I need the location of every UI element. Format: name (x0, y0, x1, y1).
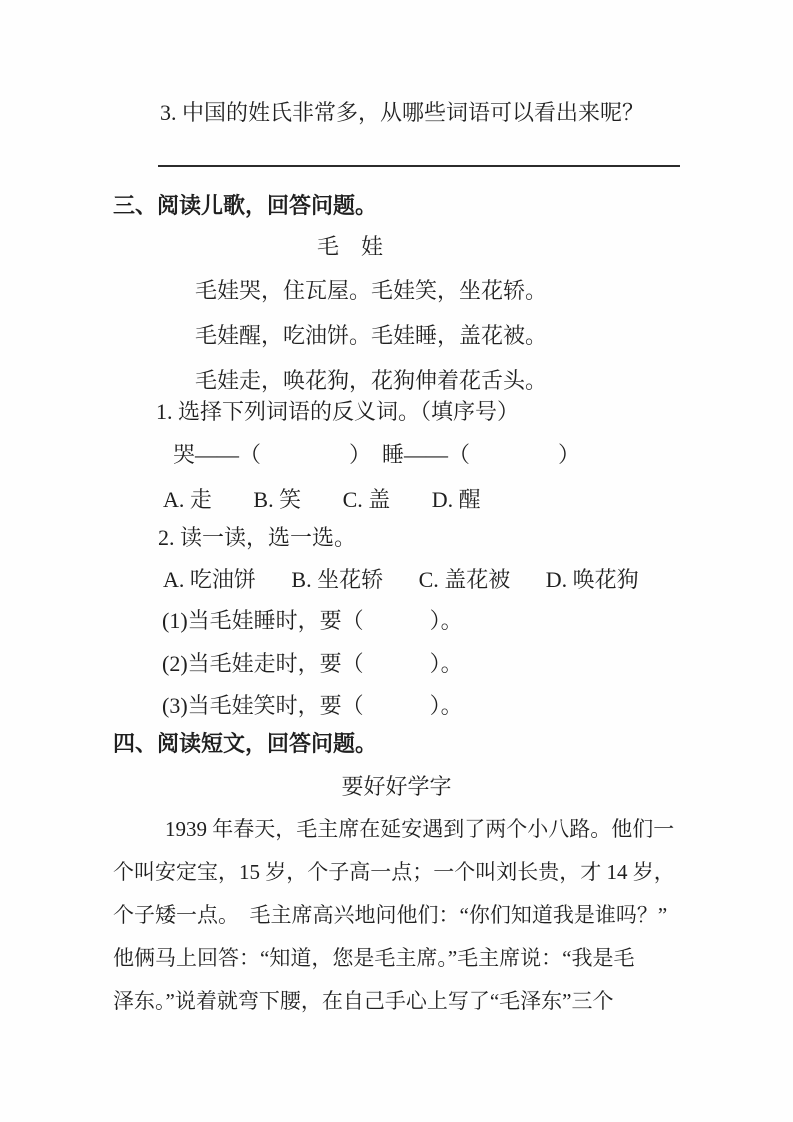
antonym-options-row: A. 走 B. 笑 C. 盖 D. 醒 (163, 487, 680, 512)
poem-line: 毛娃哭，住瓦屋。毛娃笑，坐花轿。 (195, 278, 680, 303)
option-c: C. 盖花被 (419, 567, 511, 592)
question-2-prompt: 2. 读一读，选一选。 (158, 525, 680, 550)
passage-line: 个叫安定宝，15 岁，个子高一点；一个叫刘长贵，才 14 岁， (113, 860, 680, 885)
section-three-heading: 三、阅读儿歌，回答问题。 (113, 193, 680, 218)
option-a: A. 走 (163, 487, 212, 512)
question-1-prompt: 1. 选择下列词语的反义词。（填序号） (156, 399, 680, 424)
option-c: C. 盖 (343, 487, 391, 512)
passage-line: 个子矮一点。 毛主席高兴地问他们：“你们知道我是谁吗？” (113, 903, 680, 928)
passage-line: 泽东。”说着就弯下腰，在自己手心上写了“毛泽东”三个 (113, 989, 680, 1014)
passage-line: 他俩马上回答：“知道，您是毛主席。”毛主席说：“我是毛 (113, 946, 680, 971)
passage-title: 要好好学字 (113, 774, 680, 799)
question-3: 3. 中国的姓氏非常多，从哪些词语可以看出来呢？ (160, 100, 680, 125)
sub-item: (2)当毛娃走时，要（ ）。 (162, 651, 680, 676)
worksheet-page: 3. 中国的姓氏非常多，从哪些词语可以看出来呢？ 三、阅读儿歌，回答问题。 毛 … (0, 0, 793, 1122)
option-a: A. 吃油饼 (163, 567, 256, 592)
option-b: B. 笑 (253, 487, 301, 512)
poem-title: 毛 娃 (317, 234, 680, 259)
option-d: D. 唤花狗 (546, 567, 639, 592)
option-d: D. 醒 (432, 487, 481, 512)
poem-line: 毛娃走，唤花狗，花狗伸着花舌头。 (195, 368, 680, 393)
choice-options-row: A. 吃油饼 B. 坐花轿 C. 盖花被 D. 唤花狗 (163, 567, 680, 592)
section-four-heading: 四、阅读短文，回答问题。 (113, 731, 680, 756)
sub-item: (1)当毛娃睡时，要（ ）。 (162, 608, 680, 633)
answer-blank-line (158, 165, 680, 167)
passage-line: 1939 年春天，毛主席在延安遇到了两个小八路。他们一 (165, 817, 680, 842)
sub-item: (3)当毛娃笑时，要（ ）。 (162, 693, 680, 718)
antonym-fill-line: 哭——（ ） 睡——（ ） (173, 442, 680, 467)
poem-line: 毛娃醒，吃油饼。毛娃睡，盖花被。 (195, 323, 680, 348)
option-b: B. 坐花轿 (291, 567, 383, 592)
